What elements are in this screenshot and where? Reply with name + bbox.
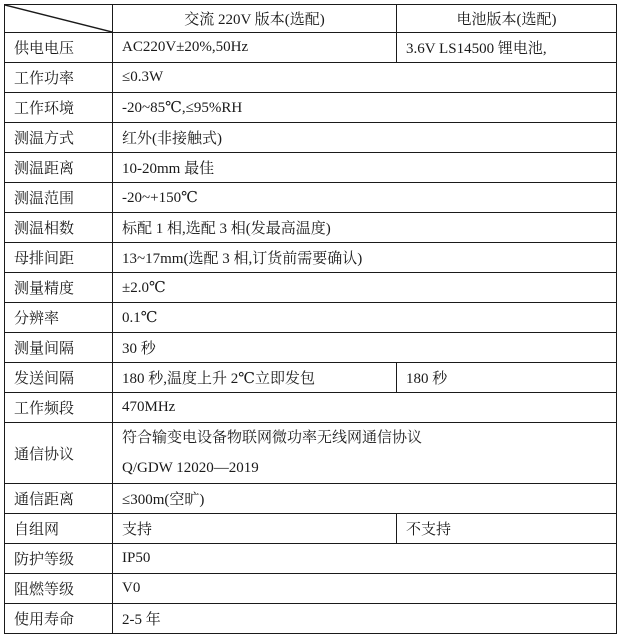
header-ac-version: 交流 220V 版本(选配) [113,5,397,33]
spec-row-service-life: 使用寿命 2-5 年 [5,604,617,634]
diagonal-divider-line [5,5,112,32]
spec-value: 2-5 年 [113,604,617,634]
spec-row-adhoc-network: 自组网 支持 不支持 [5,514,617,544]
spec-value: 红外(非接触式) [113,123,617,153]
spec-table: 交流 220V 版本(选配) 电池版本(选配) 供电电压 AC220V±20%,… [4,4,617,634]
spec-label: 防护等级 [5,544,113,574]
spec-value: IP50 [113,544,617,574]
spec-value-battery: 3.6V LS14500 锂电池, [397,33,617,63]
spec-row-power-consumption: 工作功率 ≤0.3W [5,63,617,93]
spec-row-working-environment: 工作环境 -20~85℃,≤95%RH [5,93,617,123]
spec-row-power-supply: 供电电压 AC220V±20%,50Hz 3.6V LS14500 锂电池, [5,33,617,63]
spec-value-battery: 180 秒 [397,363,617,393]
spec-row-measurement-interval: 测量间隔 30 秒 [5,333,617,363]
header-battery-version: 电池版本(选配) [397,5,617,33]
spec-label: 工作频段 [5,393,113,423]
spec-label: 供电电压 [5,33,113,63]
spec-label: 工作环境 [5,93,113,123]
spec-label: 使用寿命 [5,604,113,634]
spec-row-busbar-spacing: 母排间距 13~17mm(选配 3 相,订货前需要确认) [5,243,617,273]
spec-value: 0.1℃ [113,303,617,333]
spec-row-phase-count: 测温相数 标配 1 相,选配 3 相(发最高温度) [5,213,617,243]
spec-label: 工作功率 [5,63,113,93]
spec-label: 测温方式 [5,123,113,153]
spec-value: 13~17mm(选配 3 相,订货前需要确认) [113,243,617,273]
spec-row-measurement-distance: 测温距离 10-20mm 最佳 [5,153,617,183]
spec-label: 测温距离 [5,153,113,183]
spec-row-flame-retardant-rating: 阻燃等级 V0 [5,574,617,604]
spec-label: 通信距离 [5,484,113,514]
spec-value: 标配 1 相,选配 3 相(发最高温度) [113,213,617,243]
spec-value: V0 [113,574,617,604]
spec-label: 母排间距 [5,243,113,273]
spec-label: 测量间隔 [5,333,113,363]
spec-value: ≤0.3W [113,63,617,93]
spec-value: 符合输变电设备物联网微功率无线网通信协议 Q/GDW 12020—2019 [113,423,617,484]
spec-label: 测温相数 [5,213,113,243]
spec-row-accuracy: 测量精度 ±2.0℃ [5,273,617,303]
spec-row-communication-protocol: 通信协议 符合输变电设备物联网微功率无线网通信协议 Q/GDW 12020—20… [5,423,617,484]
spec-label: 测温范围 [5,183,113,213]
spec-value-ac: 支持 [113,514,397,544]
spec-value: -20~+150℃ [113,183,617,213]
spec-value: ≤300m(空旷) [113,484,617,514]
spec-value: 470MHz [113,393,617,423]
spec-label: 分辨率 [5,303,113,333]
protocol-line-2: Q/GDW 12020—2019 [122,453,607,483]
spec-value-ac: AC220V±20%,50Hz [113,33,397,63]
spec-row-resolution: 分辨率 0.1℃ [5,303,617,333]
table-header-row: 交流 220V 版本(选配) 电池版本(选配) [5,5,617,33]
spec-value-ac: 180 秒,温度上升 2℃立即发包 [113,363,397,393]
spec-value: ±2.0℃ [113,273,617,303]
spec-row-send-interval: 发送间隔 180 秒,温度上升 2℃立即发包 180 秒 [5,363,617,393]
spec-row-protection-rating: 防护等级 IP50 [5,544,617,574]
header-corner-cell [5,5,113,33]
spec-label: 发送间隔 [5,363,113,393]
spec-label: 通信协议 [5,423,113,484]
spec-label: 自组网 [5,514,113,544]
spec-row-frequency-band: 工作频段 470MHz [5,393,617,423]
spec-row-measurement-method: 测温方式 红外(非接触式) [5,123,617,153]
spec-value: 30 秒 [113,333,617,363]
spec-label: 测量精度 [5,273,113,303]
spec-value-battery: 不支持 [397,514,617,544]
spec-row-measurement-range: 测温范围 -20~+150℃ [5,183,617,213]
protocol-line-1: 符合输变电设备物联网微功率无线网通信协议 [122,423,607,453]
spec-value: 10-20mm 最佳 [113,153,617,183]
spec-value: -20~85℃,≤95%RH [113,93,617,123]
spec-row-communication-distance: 通信距离 ≤300m(空旷) [5,484,617,514]
spec-label: 阻燃等级 [5,574,113,604]
